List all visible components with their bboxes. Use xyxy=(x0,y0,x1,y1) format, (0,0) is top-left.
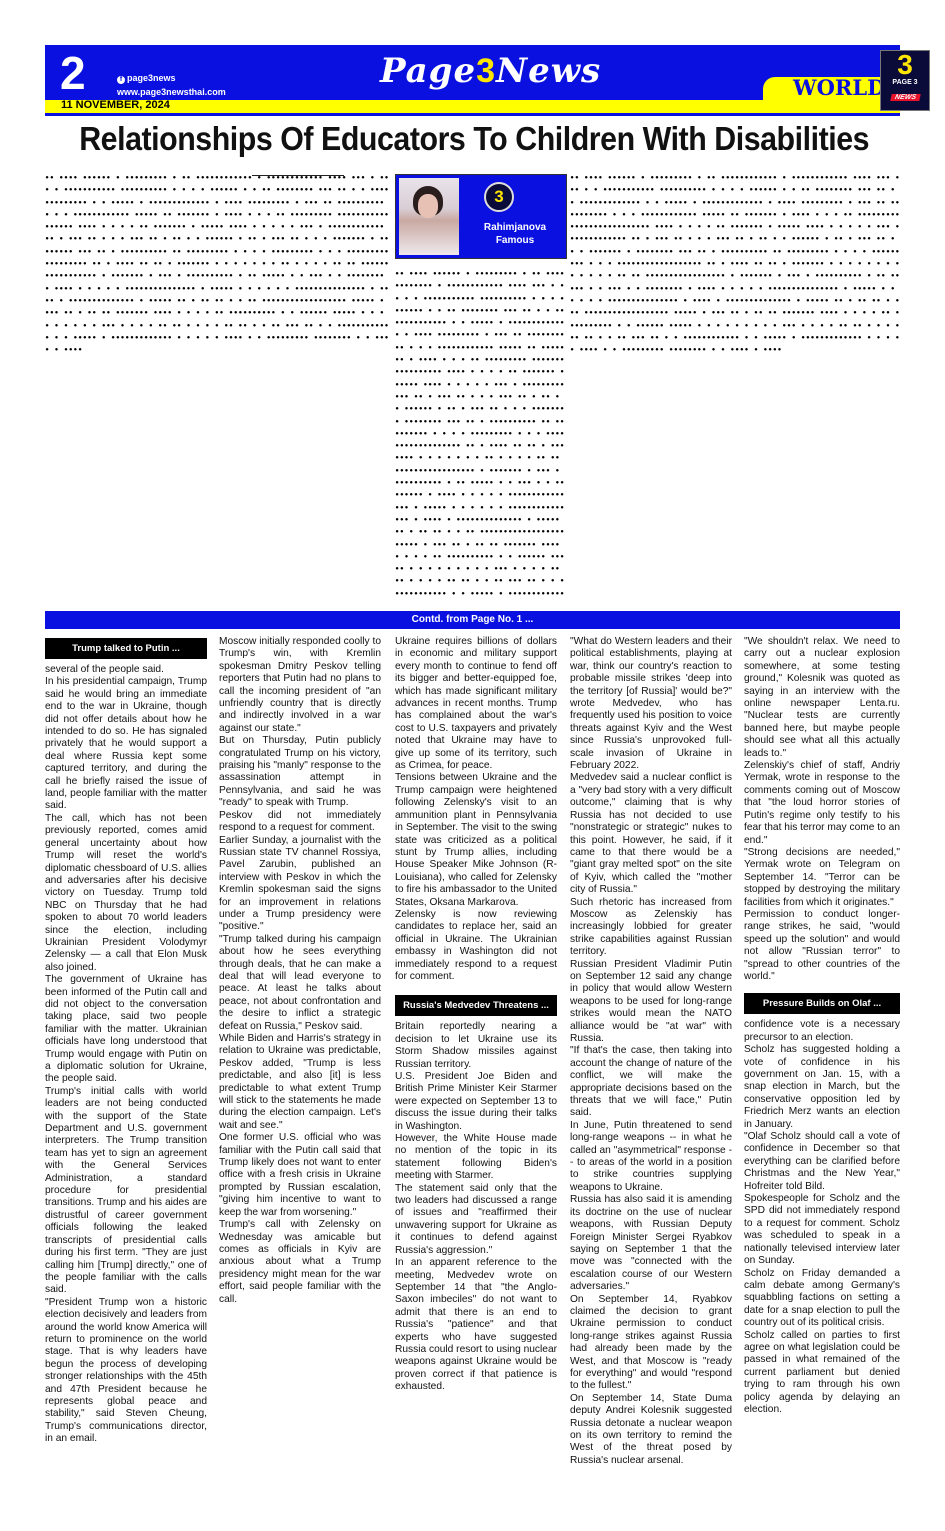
continued-bar: Contd. from Page No. 1 ... xyxy=(45,611,900,629)
paragraph: "If that's the case, then taking into ac… xyxy=(570,1045,732,1119)
column-2: Moscow initially responded coolly to Tru… xyxy=(219,636,381,1306)
newspaper-logo: Page3News xyxy=(380,51,601,91)
paragraph: Zelenskiy's chief of staff, Andriy Yerma… xyxy=(744,760,900,847)
paragraph: Britain reportedly nearing a decision to… xyxy=(395,1021,557,1071)
paragraph: On September 14, State Duma deputy Andre… xyxy=(570,1393,732,1467)
paragraph: "Strong decisions are needed," Yermak wr… xyxy=(744,847,900,909)
paragraph: On September 14, Ryabkov claimed the dec… xyxy=(570,1294,732,1393)
badge-numeral: 3 xyxy=(881,51,929,79)
paragraph: In an apparent reference to the meeting,… xyxy=(395,1257,557,1393)
feature-headline: Relationships Of Educators To Children W… xyxy=(79,120,866,158)
paragraph: several of the people said. xyxy=(45,664,207,676)
section-heading-olaf: Pressure Builds on Olaf ... xyxy=(744,993,900,1014)
paragraph: confidence vote is a necessary precursor… xyxy=(744,1019,900,1044)
paragraph: Tensions between Ukraine and the Trump c… xyxy=(395,772,557,908)
paragraph: Ukraine requires billions of dollars in … xyxy=(395,636,557,772)
paragraph: Peskov did not immediately respond to a … xyxy=(219,810,381,835)
social-links: fpage3news www.page3newsthai.com xyxy=(117,71,226,99)
section-label: WORLD xyxy=(793,75,885,100)
paragraph: "President Trump won a historic election… xyxy=(45,1297,207,1446)
paragraph: Permission to conduct longer-range strik… xyxy=(744,909,900,983)
author-photo xyxy=(399,178,459,255)
paragraph: The government of Ukraine has been infor… xyxy=(45,974,207,1086)
paragraph: "Olaf Scholz should call a vote of confi… xyxy=(744,1131,900,1193)
paragraph: "We shouldn't relax. We need to carry ou… xyxy=(744,636,900,760)
paragraph: In his presidential campaign, Trump said… xyxy=(45,676,207,812)
paragraph: "What do Western leaders and their polit… xyxy=(570,636,732,772)
paragraph: Spokespeople for Scholz and the SPD did … xyxy=(744,1193,900,1267)
issue-date: 11 NOVEMBER, 2024 xyxy=(61,99,170,111)
logo-text-left: Page xyxy=(380,51,476,91)
author-name: Rahimjanova Famous xyxy=(462,221,568,247)
feature-body-right: •• •••• •••••• • ••••••••• • •• ••••••••… xyxy=(570,172,900,597)
paragraph: In June, Putin threatened to send long-r… xyxy=(570,1120,732,1194)
paragraph: The statement said only that the two lea… xyxy=(395,1183,557,1257)
feature-body-center: •• •••• •••••• • ••••••••• • •• ••••••••… xyxy=(395,268,567,597)
page3-badge-icon: 3 PAGE 3 NEWS xyxy=(880,50,930,111)
paragraph: However, the White House made no mention… xyxy=(395,1133,557,1183)
paragraph: "Trump talked during his campaign about … xyxy=(219,934,381,1033)
author-box: 3 Rahimjanova Famous xyxy=(395,174,567,259)
feature-body-left: •• •••• •••••• • ••••••••• • •• ••••••••… xyxy=(45,172,390,597)
column-3: Ukraine requires billions of dollars in … xyxy=(395,636,557,1394)
paragraph: But on Thursday, Putin publicly congratu… xyxy=(219,735,381,809)
paragraph: Medvedev said a nuclear conflict is a "v… xyxy=(570,772,732,896)
paragraph: Trump's initial calls with world leaders… xyxy=(45,1086,207,1297)
logo-text-right: News xyxy=(496,51,601,91)
paragraph: One former U.S. official who was familia… xyxy=(219,1132,381,1219)
paragraph: Scholz has suggested holding a vote of c… xyxy=(744,1044,900,1131)
column-4: "What do Western leaders and their polit… xyxy=(570,636,732,1467)
paragraph: Scholz called on parties to first agree … xyxy=(744,1330,900,1417)
paragraph: While Biden and Harris's strategy in rel… xyxy=(219,1033,381,1132)
paragraph: Russia has also said it is amending its … xyxy=(570,1194,732,1293)
masthead: 2 fpage3news www.page3newsthai.com 11 NO… xyxy=(45,45,900,116)
facebook-icon: f xyxy=(117,76,125,84)
paragraph: Zelensky is now reviewing candidates to … xyxy=(395,909,557,983)
website-link[interactable]: www.page3newsthai.com xyxy=(117,85,226,99)
badge-line2: NEWS xyxy=(890,94,920,101)
paragraph: Trump's call with Zelensky on Wednesday … xyxy=(219,1219,381,1306)
column-1: Trump talked to Putin ... several of the… xyxy=(45,636,207,1446)
paragraph: Such rhetoric has increased from Moscow … xyxy=(570,897,732,959)
paragraph: Earlier Sunday, a journalist with the Ru… xyxy=(219,835,381,934)
paragraph: U.S. President Joe Biden and British Pri… xyxy=(395,1071,557,1133)
column-5: "We shouldn't relax. We need to carry ou… xyxy=(744,636,900,1416)
paragraph: Russian President Vladimir Putin on Sept… xyxy=(570,959,732,1046)
section-heading-medvedev: Russia's Medvedev Threatens ... xyxy=(395,995,557,1016)
paragraph: Scholz on Friday demanded a calm debate … xyxy=(744,1268,900,1330)
facebook-handle[interactable]: page3news xyxy=(127,73,176,83)
author-last-name: Famous xyxy=(462,234,568,247)
paragraph: The call, which has not been previously … xyxy=(45,813,207,974)
logo-three: 3 xyxy=(476,52,496,90)
badge-line1: PAGE 3 xyxy=(881,79,929,86)
paragraph: Moscow initially responded coolly to Tru… xyxy=(219,636,381,735)
author-first-name: Rahimjanova xyxy=(462,221,568,234)
page3-logo-icon: 3 xyxy=(484,182,514,212)
section-heading-trump: Trump talked to Putin ... xyxy=(45,638,207,659)
page-number: 2 xyxy=(60,48,86,98)
